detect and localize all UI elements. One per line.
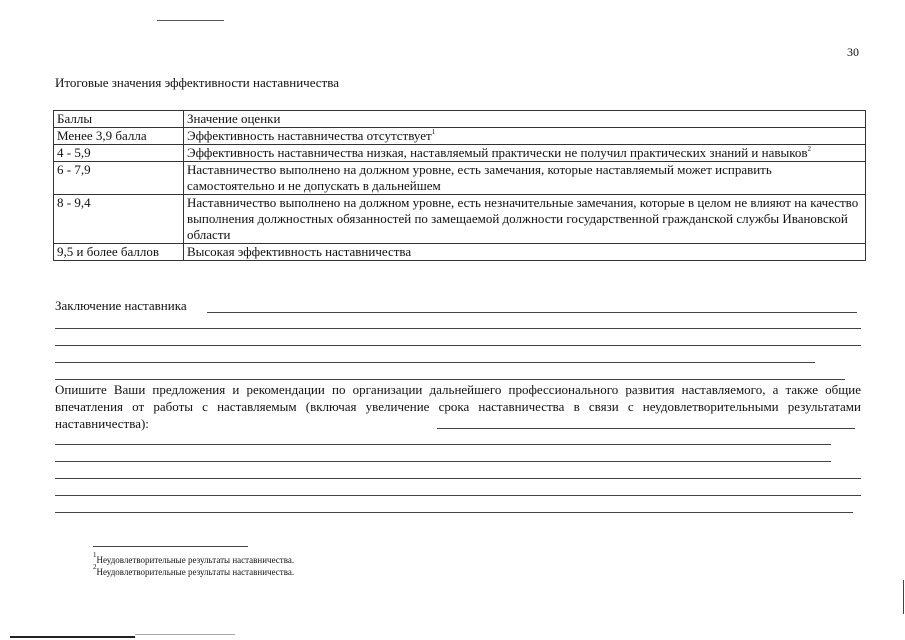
- meaning-cell: Эффективность наставничества отсутствует…: [184, 128, 866, 145]
- meaning-cell: Эффективность наставничества низкая, нас…: [184, 145, 866, 162]
- table-row: 9,5 и более баллов Высокая эффективность…: [54, 244, 866, 261]
- recommendations-field-line-5[interactable]: [55, 495, 861, 496]
- recommendations-prompt: Опишите Ваши предложения и рекомендации …: [55, 381, 861, 432]
- conclusion-field-line-4[interactable]: [55, 362, 815, 363]
- recommendations-field-line-3[interactable]: [55, 461, 831, 462]
- conclusion-label: Заключение наставника: [55, 298, 187, 314]
- meaning-text: Эффективность наставничества отсутствует: [187, 128, 432, 143]
- score-cell: 9,5 и более баллов: [54, 244, 184, 261]
- footnote-separator: [93, 546, 248, 547]
- footnote-ref[interactable]: 2: [808, 145, 812, 153]
- meaning-cell: Наставничество выполнено на должном уров…: [184, 162, 866, 195]
- recommendations-field-line-2[interactable]: [55, 444, 831, 445]
- footnote-text: Неудовлетворительные результаты наставни…: [97, 555, 295, 565]
- footnote-1: 1Неудовлетворительные результаты наставн…: [93, 555, 294, 566]
- footnote-text: Неудовлетворительные результаты наставни…: [97, 567, 295, 577]
- conclusion-field-line-3[interactable]: [55, 345, 861, 346]
- conclusion-field-line-1[interactable]: [207, 312, 857, 313]
- recommendations-text: Опишите Ваши предложения и рекомендации …: [55, 382, 861, 431]
- recommendations-field-line-4[interactable]: [55, 478, 861, 479]
- table-row: 8 - 9,4 Наставничество выполнено на долж…: [54, 195, 866, 244]
- table-header-row: Баллы Значение оценки: [54, 111, 866, 128]
- table-row: Менее 3,9 балла Эффективность наставниче…: [54, 128, 866, 145]
- footnote-2: 2Неудовлетворительные результаты наставн…: [93, 567, 294, 578]
- table-row: 4 - 5,9 Эффективность наставничества низ…: [54, 145, 866, 162]
- scores-table: Баллы Значение оценки Менее 3,9 балла Эф…: [53, 110, 866, 261]
- score-cell: 8 - 9,4: [54, 195, 184, 244]
- conclusion-field-line-5[interactable]: [55, 379, 845, 380]
- meaning-cell: Наставничество выполнено на должном уров…: [184, 195, 866, 244]
- section-title: Итоговые значения эффективности наставни…: [55, 75, 339, 91]
- bottom-scan-rule-faint: [135, 634, 235, 635]
- recommendations-field-line-1[interactable]: [437, 428, 855, 429]
- conclusion-field-line-2[interactable]: [55, 328, 861, 329]
- score-cell: 4 - 5,9: [54, 145, 184, 162]
- table-row: 6 - 7,9 Наставничество выполнено на долж…: [54, 162, 866, 195]
- footnote-ref[interactable]: 1: [432, 128, 436, 136]
- recommendations-field-line-6[interactable]: [55, 512, 853, 513]
- meaning-cell: Высокая эффективность наставничества: [184, 244, 866, 261]
- score-cell: 6 - 7,9: [54, 162, 184, 195]
- header-meaning: Значение оценки: [184, 111, 866, 128]
- header-score: Баллы: [54, 111, 184, 128]
- bottom-scan-rule: [10, 636, 135, 638]
- top-scan-rule: [157, 20, 224, 21]
- right-edge-mark: [903, 580, 904, 614]
- page-number: 30: [847, 45, 859, 60]
- score-cell: Менее 3,9 балла: [54, 128, 184, 145]
- meaning-text: Эффективность наставничества низкая, нас…: [187, 145, 808, 160]
